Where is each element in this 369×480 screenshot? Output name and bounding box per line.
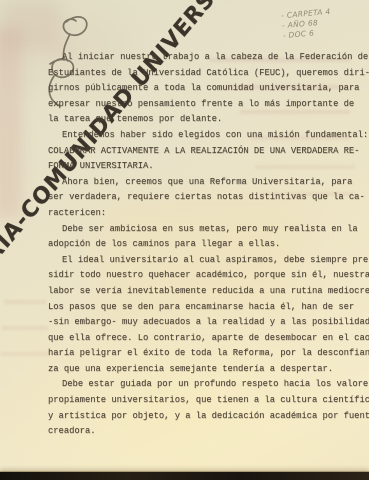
text-line: expresar nuestro pensamiento frente a lo… — [48, 97, 360, 113]
text-line: -sin embargo- muy adecuados a la realida… — [48, 315, 360, 331]
scanned-document-page: RIA-COMUNIDAD UNIVERSITA. - CARPETA 4 - … — [0, 0, 369, 480]
text-line: Estudiantes de la Universidad Católica (… — [48, 66, 360, 82]
archival-annotations: - CARPETA 4 - AÑO 68 - DOC 6 — [281, 7, 333, 41]
scan-edge-bottom — [0, 472, 369, 480]
text-line: y artística por objeto, y a la dedicació… — [48, 409, 360, 425]
bleedthrough-smudge — [2, 326, 48, 330]
bleedthrough-smudge — [0, 352, 50, 356]
text-line: haría peligrar el éxito de toda la Refor… — [48, 346, 360, 362]
text-line: que ella ofrece. Lo contrario, aparte de… — [48, 331, 360, 347]
text-line: ser verdadera, requiere ciertas notas di… — [48, 190, 360, 206]
text-line: COLABORAR ACTIVAMENTE A LA REALIZACIÓN D… — [48, 144, 360, 160]
text-line: FORMA UNIVERSITARIA. — [48, 159, 360, 175]
text-line: Entendemos haber sido elegidos con una m… — [48, 128, 360, 144]
text-line: sidir todo nuestro quehacer académico, p… — [48, 268, 360, 284]
text-line: ractericen: — [48, 206, 360, 222]
text-line: Al iniciar nuestro trabajo a la cabeza d… — [48, 50, 360, 66]
text-line: Los pasos que se den para encaminarse ha… — [48, 300, 360, 316]
text-line: labor se vería inevitablemente reducida … — [48, 284, 360, 300]
bleedthrough-smudge — [0, 28, 22, 218]
text-line: Debe estar guiada por un profundo respet… — [48, 377, 360, 393]
text-line: za que una experiencia semejante tenderí… — [48, 362, 360, 378]
text-line: la tarea que tenemos por delante. — [48, 112, 360, 128]
text-line: Ahora bien, creemos que una Reforma Univ… — [48, 175, 360, 191]
text-line: propiamente universitarios, que tienen a… — [48, 393, 360, 409]
typewritten-text: Al iniciar nuestro trabajo a la cabeza d… — [48, 50, 360, 440]
bleedthrough-smudge — [4, 300, 46, 304]
text-line: adopción de los caminos para llegar a el… — [48, 237, 360, 253]
text-line: Debe ser ambiciosa en sus metas, pero mu… — [48, 222, 360, 238]
text-line: creadora. — [48, 424, 360, 440]
text-line: El ideal universitario al cual aspiramos… — [48, 253, 360, 269]
text-line: girnos públicamente a toda la comunidad … — [48, 81, 360, 97]
